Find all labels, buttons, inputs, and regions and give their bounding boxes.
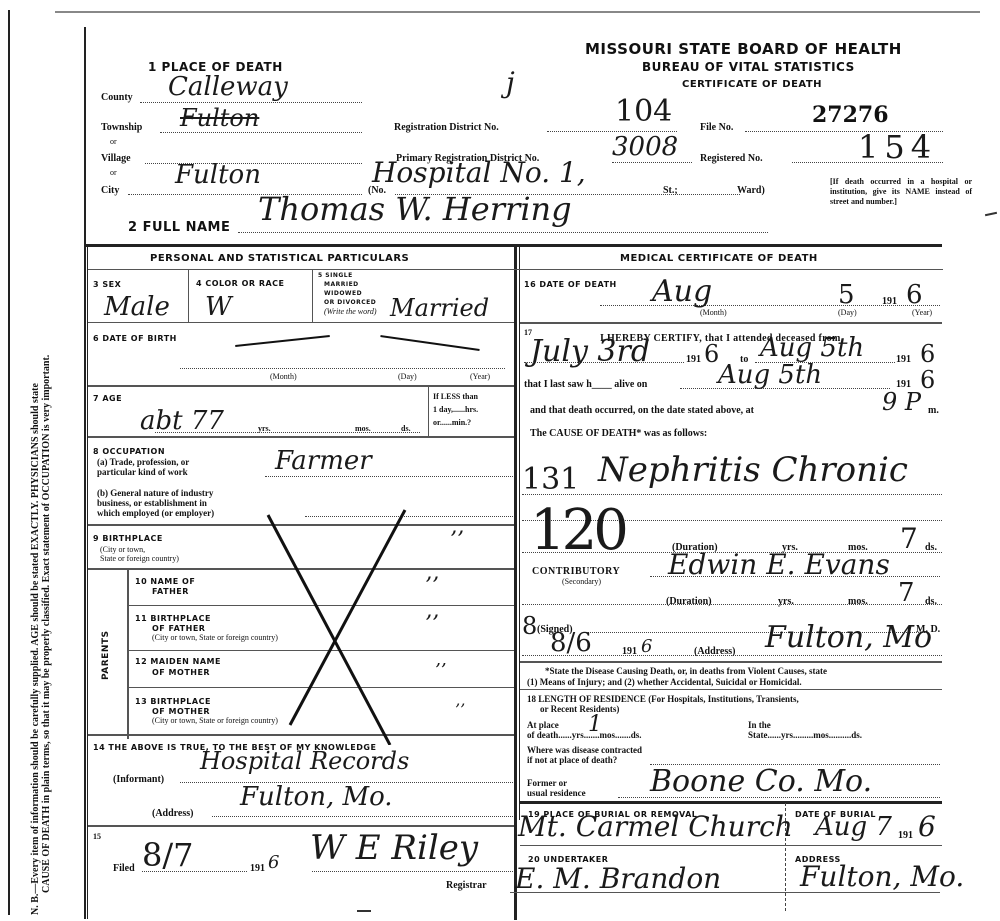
cause-of-death-label: The CAUSE OF DEATH* was as follows: [530,428,707,439]
attended-from-line [524,362,684,363]
less-than-3: or......min.? [433,416,478,429]
mother-bp-label-1: 13 BIRTHPLACE [135,697,211,706]
time-suffix: m. [928,405,939,416]
footnote-2: (1) Means of Injury; and (2) whether Acc… [527,677,802,687]
dob-dash-2 [380,335,479,351]
medical-row-line-4 [520,801,942,804]
dod-day-value[interactable]: 5 [838,280,855,310]
burial-year-prefix: 191 [898,830,913,841]
medical-row-line-2 [520,661,942,663]
at-place-mos-value[interactable]: 1 [588,712,602,737]
signed-year-value[interactable]: 6 [641,636,652,657]
parents-label: PARENTS [101,631,111,680]
header-subtitle: BUREAU OF VITAL STATISTICS [642,60,855,74]
less-than-1: If LESS than [433,390,478,403]
birthplace-sub-2: State or foreign country) [100,554,179,563]
filed-label: Filed [113,863,135,874]
dob-year-caption: (Year) [470,372,490,381]
city-label: City [101,185,119,196]
occupation-b-3: which employed (or employer) [97,508,214,518]
duration-ds-2: ds. [925,596,937,607]
row-line-2 [88,322,514,323]
township-label: Township [101,122,142,133]
mother-name-label-2: OF MOTHER [152,668,210,677]
margin-dash [985,212,997,216]
physician-address-label: (Address) [694,646,735,657]
race-marital-divider [312,270,313,322]
age-line [155,432,420,433]
dod-month-value[interactable]: Aug [652,274,712,309]
age-label: 7 AGE [93,394,122,403]
side-note-line-1: N. B.—Every item of information should b… [30,15,41,915]
dob-dash [235,335,330,347]
occupation-a-2: particular kind of work [97,467,189,477]
full-name-line [238,232,768,233]
form-title: CERTIFICATE OF DEATH [682,79,822,90]
dob-label: 6 DATE OF BIRTH [93,334,177,343]
marital-divorced: OR DIVORCED [318,298,377,307]
header-title: MISSOURI STATE BOARD OF HEALTH [585,40,902,58]
cross-out-mark [250,505,420,745]
birthplace-label: 9 BIRTHPLACE [93,534,163,543]
st-label: St.; [663,185,678,196]
contracted-label-2: if not at place of death? [527,755,617,765]
secondary-code[interactable]: 120 [530,498,625,563]
full-name-value[interactable]: Thomas W. Herring [258,190,572,228]
cause-code[interactable]: 131 [522,462,579,497]
registrar-value[interactable]: W E Riley [310,828,478,868]
burial-address-value[interactable]: Fulton, Mo. [800,860,964,893]
occupation-line [265,476,513,477]
race-label: 4 COLOR OR RACE [196,279,285,288]
medical-row-line-3 [520,689,942,690]
village-label: Village [101,153,131,164]
file-no-value[interactable]: 27276 [812,102,889,128]
marital-value[interactable]: Married [390,294,489,322]
dod-year-prefix: 191 [882,296,897,307]
in-state-label-2: State......yrs.........mos..........ds. [748,730,862,740]
medical-row-line-1 [520,322,942,324]
sex-value[interactable]: Male [104,292,170,322]
footnote-1: *State the Disease Causing Death, or, in… [545,666,827,676]
last-saw-label: that I last saw h____ alive on [524,379,647,390]
marital-married: MARRIED [318,280,377,289]
mother-name-label-1: 12 MAIDEN NAME [135,657,221,666]
occupation-b-labels: (b) General nature of industry business,… [97,488,214,518]
township-line [160,132,362,133]
attended-from-value[interactable]: July 3rd [530,334,650,369]
dod-month-caption: (Month) [700,308,727,317]
side-note-line-2: CAUSE OF DEATH in plain terms, so that i… [41,15,52,915]
row-line-3 [88,385,514,387]
primary-district-label: Primary Registration District No. [396,153,539,164]
father-bp-ditto[interactable]: ’’ [425,612,439,637]
less-than-2: 1 day,......hrs. [433,403,478,416]
at-place-label-2: of death......yrs.......mos.......ds. [527,730,642,740]
marital-single: 5 SINGLE [318,271,377,280]
father-bp-label-1: 11 BIRTHPLACE [135,614,211,623]
city-value[interactable]: Fulton [175,160,261,190]
side-note: N. B.—Every item of information should b… [30,15,52,915]
column-divider [514,245,517,920]
burial-place-value[interactable]: Mt. Carmel Church [518,810,793,843]
age-less-divider [428,386,429,436]
occupation-b-2: business, or establishment in [97,498,214,508]
filed-year-value[interactable]: 6 [268,852,279,873]
father-bp-label-2: OF FATHER [152,624,205,633]
informant-label: (Informant) [113,774,164,785]
residence-label-1: 18 LENGTH OF RESIDENCE (For Hospitals, I… [527,694,799,704]
duration-yrs-2: yrs. [778,596,794,607]
county-line [140,102,362,103]
form-left-border-inner [87,245,88,919]
parents-divider [127,569,129,739]
sex-race-divider [188,270,189,322]
from-year-value[interactable]: 6 [704,340,719,368]
burial-year-value[interactable]: 6 [918,810,936,843]
marital-labels: 5 SINGLE MARRIED WIDOWED OR DIVORCED (Wr… [318,271,377,316]
or-label-2: or [110,168,117,177]
top-rule [55,11,980,13]
contracted-label-1: Where was disease contracted [527,745,642,755]
dod-day-caption: (Day) [838,308,857,317]
informant-value[interactable]: Hospital Records [200,747,409,775]
duration-ds-value-2[interactable]: 7 [898,578,915,608]
former-residence-value[interactable]: Boone Co. Mo. [650,764,872,799]
row-line-4 [88,436,514,438]
file-no-label: File No. [700,122,733,133]
registered-no-label: Registered No. [700,153,763,164]
row-line-header [88,269,943,270]
medical-row-line-6 [510,892,940,893]
registrar-line [312,871,513,872]
former-residence-label-2: usual residence [527,788,586,798]
primary-district-value[interactable]: 3008 [612,132,678,162]
medical-section-title: MEDICAL CERTIFICATE OF DEATH [620,253,818,264]
row-line-11 [88,825,514,827]
contributory-label: CONTRIBUTORY [532,566,620,577]
former-residence-label-1: Former or [527,778,567,788]
time-of-death-label: and that death occurred, on the date sta… [530,405,754,416]
marital-widowed: WIDOWED [318,289,377,298]
in-state-label-1: In the [748,720,771,730]
burial-divider [785,803,786,911]
attended-to-value[interactable]: Aug 5th [760,333,864,363]
registration-district-label: Registration District No. [394,122,499,133]
medical-row-line-5 [520,845,942,846]
occupation-label: 8 OCCUPATION [93,447,165,456]
primary-line [612,162,692,163]
birthplace-sub-1: (City or town, [100,545,145,554]
hospital-note: [If death occurred in a hospital or inst… [830,177,972,207]
marital-write: (Write the word) [318,307,377,316]
duration-label-2: (Duration) [666,596,712,607]
occupation-value[interactable]: Farmer [275,446,372,476]
dod-year-caption: (Year) [912,308,932,317]
form-left-border [84,27,86,919]
duration2-line [522,604,942,605]
birthplace-ditto[interactable]: ’’ [450,528,464,553]
physician-address-value[interactable]: Fulton, Mo [765,620,932,655]
top-check-mark: j [506,66,515,99]
to-year-value[interactable]: 6 [920,340,935,368]
personal-section-title: PERSONAL AND STATISTICAL PARTICULARS [150,253,409,264]
contributory-value[interactable]: Edwin E. Evans [668,548,890,581]
occupation-a-labels: (a) Trade, profession, or particular kin… [97,457,189,477]
dob-line [180,368,505,369]
last-saw-value[interactable]: Aug 5th [718,360,822,390]
duration-ds-value-1[interactable]: 7 [900,522,918,555]
time-of-death-value[interactable]: 9 P [882,388,921,416]
date-of-death-label: 16 DATE OF DEATH [524,280,617,289]
sex-label: 3 SEX [93,280,121,289]
signed-prefix: 8 [522,612,537,640]
secondary-label: (Secondary) [562,577,601,586]
residence-label-2: or Recent Residents) [540,704,619,714]
column-divider-2 [519,245,520,820]
father-name-label-1: 10 NAME OF [135,577,195,586]
bottom-mark [357,910,371,912]
burial-date-value[interactable]: Aug 7 [815,812,892,842]
registration-district-value[interactable]: 104 [615,94,672,129]
dod-year-value[interactable]: 6 [906,280,923,310]
last-year-value[interactable]: 6 [920,366,935,394]
mother-name-ditto[interactable]: ’’ [435,660,446,681]
occupation-b-1: (b) General nature of industry [97,488,214,498]
signed-date-value[interactable]: 8/6 [550,628,592,658]
informant-address-line [212,816,513,817]
informant-address-value[interactable]: Fulton, Mo. [240,782,393,812]
registered-no-value[interactable]: 154 [858,128,937,166]
informant-address-label: (Address) [152,808,193,819]
cause-value[interactable]: Nephritis Chronic [598,450,908,490]
full-name-label: 2 FULL NAME [128,220,230,235]
from-year-prefix: 191 [686,354,701,365]
dob-day-caption: (Day) [398,372,417,381]
county-label: County [101,92,133,103]
race-value[interactable]: W [205,292,232,322]
duration-mos-2: mos. [848,596,868,607]
or-label-1: or [110,137,117,146]
to-year-prefix: 191 [896,354,911,365]
filed-year-prefix: 191 [250,863,265,874]
mother-bp-ditto[interactable]: ’’ [455,700,465,719]
ward-label: Ward) [737,185,765,196]
township-value[interactable]: Fulton [180,104,259,132]
registrar-label: Registrar [446,880,487,891]
father-name-ditto[interactable]: ’’ [425,574,439,599]
father-name-label-2: FATHER [152,587,189,596]
county-value[interactable]: Calleway [168,72,288,102]
at-place-label-1: At place [527,720,559,730]
occupation-a-1: (a) Trade, profession, or [97,457,189,467]
duration-ds-1: ds. [925,542,937,553]
less-than-labels: If LESS than 1 day,......hrs. or......mi… [433,390,478,429]
dob-month-caption: (Month) [270,372,297,381]
left-margin-line [8,10,10,915]
signed-year-prefix: 191 [622,646,637,657]
filed-number: 15 [93,832,101,841]
filed-date-value[interactable]: 8/7 [142,836,194,874]
filed-date-line [142,871,247,872]
mother-bp-label-2: OF MOTHER [152,707,210,716]
cause-line-1 [522,494,942,495]
undertaker-value[interactable]: E. M. Brandon [515,862,721,895]
section-divider-top [84,244,942,247]
